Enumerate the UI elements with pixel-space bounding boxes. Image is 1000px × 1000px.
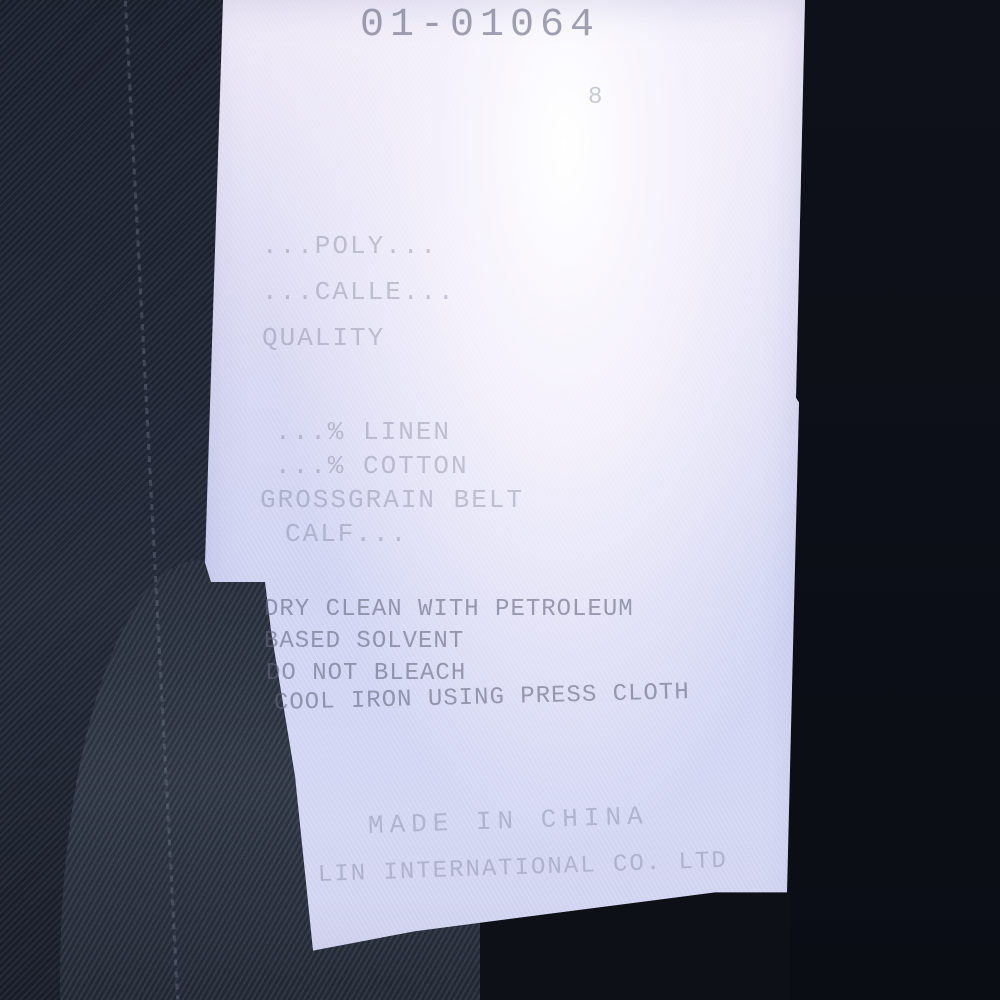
composition-line-2: ...% COTTON <box>275 452 469 480</box>
size-mark: 8 <box>588 84 604 112</box>
faded-line-2: ...CALLE... <box>262 278 456 306</box>
composition-line-1: ...% LINEN <box>275 418 451 446</box>
care-line-1: DRY CLEAN WITH PETROLEUM <box>264 596 634 624</box>
faded-line-1: ...POLY... <box>262 232 438 260</box>
care-line-3: DO NOT BLEACH <box>266 660 466 688</box>
composition-line-4: CALF... <box>285 520 408 548</box>
care-line-2: BASED SOLVENT <box>264 628 464 656</box>
composition-line-3: GROSSGRAIN BELT <box>260 486 524 514</box>
faded-line-3: QUALITY <box>262 324 385 352</box>
fabric-right <box>790 0 1000 1000</box>
style-number: 01-01064 <box>360 12 600 40</box>
